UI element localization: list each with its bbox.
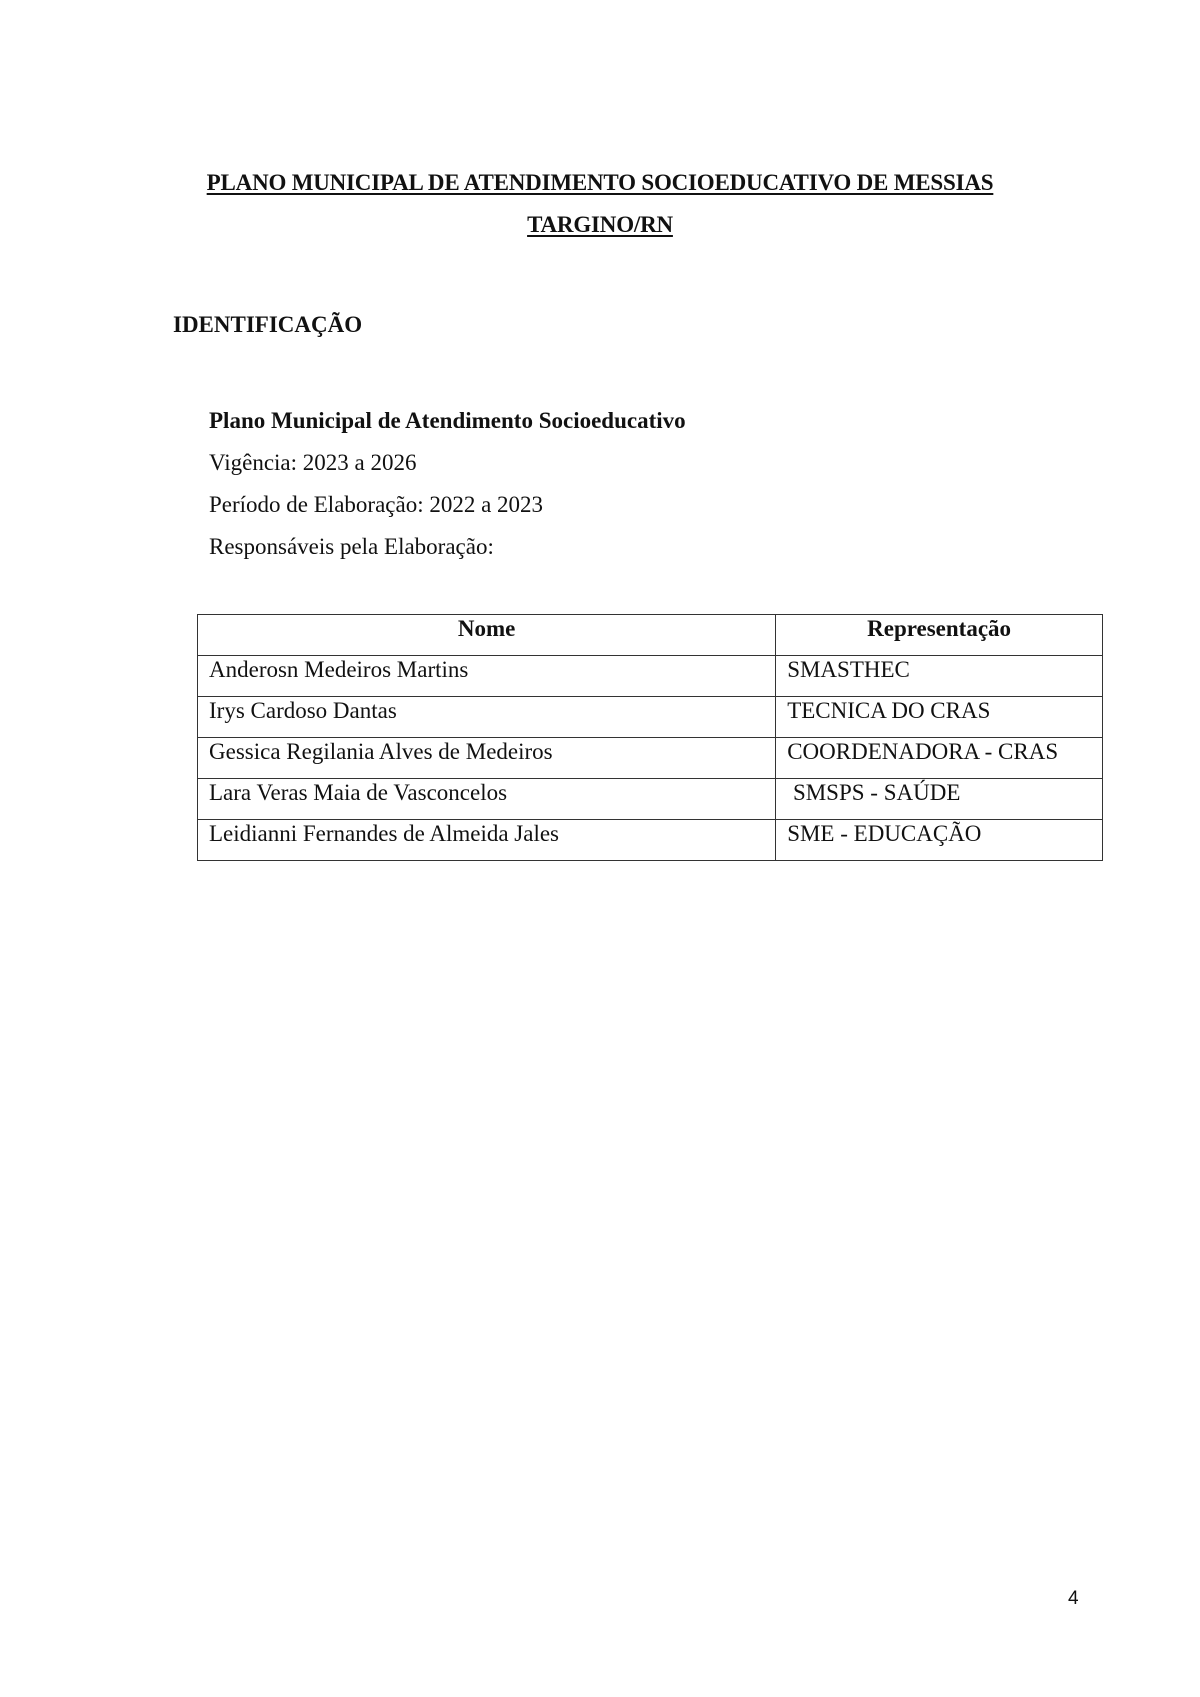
identification-info: Plano Municipal de Atendimento Socioeduc…	[209, 406, 686, 574]
validity-text: Vigência: 2023 a 2026	[209, 448, 686, 490]
table-row: Leidianni Fernandes de Almeida Jales SME…	[198, 820, 1103, 861]
table-header-row: Nome Representação	[198, 615, 1103, 656]
table-row: Gessica Regilania Alves de Medeiros COOR…	[198, 738, 1103, 779]
cell-name: Lara Veras Maia de Vasconcelos	[198, 779, 776, 820]
responsible-label: Responsáveis pela Elaboração:	[209, 532, 686, 574]
cell-name: Leidianni Fernandes de Almeida Jales	[198, 820, 776, 861]
plan-name: Plano Municipal de Atendimento Socioeduc…	[209, 406, 686, 448]
column-header-name: Nome	[198, 615, 776, 656]
cell-representation: COORDENADORA - CRAS	[776, 738, 1103, 779]
cell-representation: SMASTHEC	[776, 656, 1103, 697]
cell-name: Irys Cardoso Dantas	[198, 697, 776, 738]
elaboration-period-text: Período de Elaboração: 2022 a 2023	[209, 490, 686, 532]
table-row: Anderosn Medeiros Martins SMASTHEC	[198, 656, 1103, 697]
table-row: Irys Cardoso Dantas TECNICA DO CRAS	[198, 697, 1103, 738]
table-row: Lara Veras Maia de Vasconcelos SMSPS - S…	[198, 779, 1103, 820]
responsibles-table: Nome Representação Anderosn Medeiros Mar…	[197, 614, 1103, 861]
cell-name: Gessica Regilania Alves de Medeiros	[198, 738, 776, 779]
cell-representation: SME - EDUCAÇÃO	[776, 820, 1103, 861]
page-number: 4	[1068, 1588, 1079, 1610]
cell-representation: TECNICA DO CRAS	[776, 697, 1103, 738]
document-title-line-2: TARGINO/RN	[150, 212, 1050, 238]
cell-name: Anderosn Medeiros Martins	[198, 656, 776, 697]
column-header-representation: Representação	[776, 615, 1103, 656]
cell-representation: SMSPS - SAÚDE	[776, 779, 1103, 820]
section-heading: IDENTIFICAÇÃO	[173, 312, 362, 338]
document-title-line-1: PLANO MUNICIPAL DE ATENDIMENTO SOCIOEDUC…	[150, 170, 1050, 196]
